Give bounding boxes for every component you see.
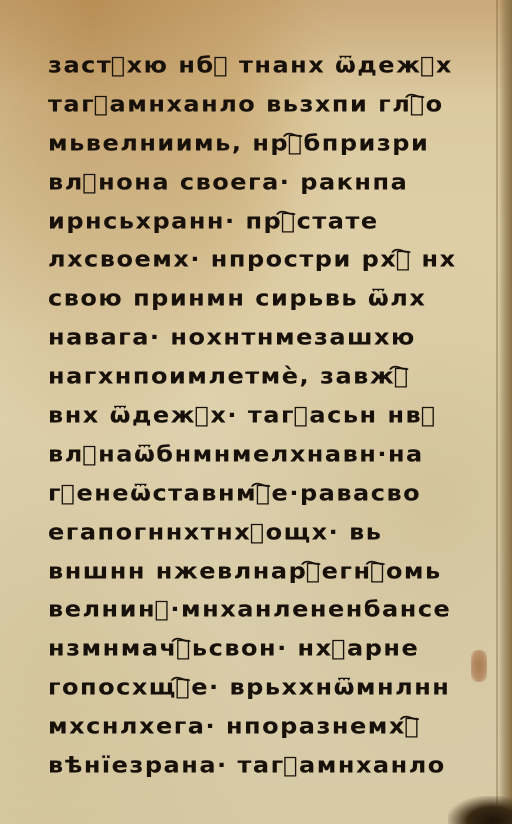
manuscript-text-block: застⷮхю нбⷪ тнанх ѿдежⷣх тагⷣамнханло вь… <box>48 46 488 785</box>
manuscript-page: застⷮхю нбⷪ тнанх ѿдежⷣх тагⷣамнханло вь… <box>0 0 512 824</box>
text-line-content: влⷣнаѿбнмнмелхнавн·на <box>48 436 424 472</box>
text-line: застⷮхю нбⷪ тнанх ѿдежⷣх <box>48 48 488 84</box>
text-line-content: лхсвоемх· нпростри рхⷹ҇ нх <box>48 242 457 278</box>
text-line: гⷣенеѿставнмⷮ҇е·равасво <box>48 475 488 511</box>
text-line-content: навага· нохнтнмезашхю <box>48 320 416 356</box>
text-line-content: велнинⷨ·мнханлененбансе <box>48 592 451 628</box>
text-line: ирнсьхранн· прⷣ҇стате <box>48 203 488 239</box>
text-line-content: нагхнпоимлетмѐ, завжⷮ҇ <box>48 359 410 395</box>
text-line: свою принмн сирьвь ѿлх <box>48 281 488 317</box>
text-line: нагхнпоимлетмѐ, завжⷮ҇ <box>48 359 488 395</box>
text-line-content: вѣнїезрана· тагⷣамнханло <box>48 748 446 784</box>
text-line-content: свою принмн сирьвь ѿлх <box>48 281 426 317</box>
text-line-content: нзмнмачⷱ҇ьсвон· нхⷣарне <box>48 631 419 667</box>
text-line-content: мьвелниимь, нрⷱ҇бпризри <box>48 125 429 161</box>
page-corner-damage <box>448 796 512 824</box>
text-line: тагⷣамнханло вьзхпи глⷭ҇о <box>48 86 488 122</box>
text-line-content: внх ѿдежⷣх· тагⷣасьн нвⷷ <box>48 398 437 434</box>
text-line-content: гⷣенеѿставнмⷮ҇е·равасво <box>48 475 421 511</box>
text-line-content: егапогннхтнхⷣощх· вь <box>48 514 382 550</box>
text-line: егапогннхтнхⷣощх· вь <box>48 514 488 550</box>
text-line: вѣнїезрана· тагⷣамнханло <box>48 748 488 784</box>
text-line: влⷣнаѿбнмнмелхнавн·на <box>48 436 488 472</box>
text-line: гопосхщⷨ҇е· врьххнѿмнлнн <box>48 670 488 706</box>
text-line-content: тагⷣамнханло вьзхпи глⷭ҇о <box>48 86 444 122</box>
text-line: мьвелниимь, нрⷱ҇бпризри <box>48 125 488 161</box>
text-line: влⷣнона своега· ракнпа <box>48 164 488 200</box>
page-edge-shadow <box>498 0 512 824</box>
text-line: вншнн нжевлнарⷱ҇егнⷭ҇омь <box>48 553 488 589</box>
text-line-content: вншнн нжевлнарⷱ҇егнⷭ҇омь <box>48 553 442 589</box>
text-line: велнинⷨ·мнханлененбансе <box>48 592 488 628</box>
page-fold-line <box>496 0 498 824</box>
text-line: нзмнмачⷱ҇ьсвон· нхⷣарне <box>48 631 488 667</box>
text-line-content: мхснлхега· нпоразнемхⷭ҇ <box>48 709 420 745</box>
text-line: навага· нохнтнмезашхю <box>48 320 488 356</box>
text-line: лхсвоемх· нпростри рхⷹ҇ нх <box>48 242 488 278</box>
text-line-content: влⷣнона своега· ракнпа <box>48 164 408 200</box>
text-line-content: гопосхщⷨ҇е· врьххнѿмнлнн <box>48 670 450 706</box>
text-line-content: ирнсьхранн· прⷣ҇стате <box>48 203 379 239</box>
text-line: внх ѿдежⷣх· тагⷣасьн нвⷷ <box>48 398 488 434</box>
text-line: мхснлхега· нпоразнемхⷭ҇ <box>48 709 488 745</box>
text-line-content: застⷮхю нбⷪ тнанх ѿдежⷣх <box>48 48 453 84</box>
